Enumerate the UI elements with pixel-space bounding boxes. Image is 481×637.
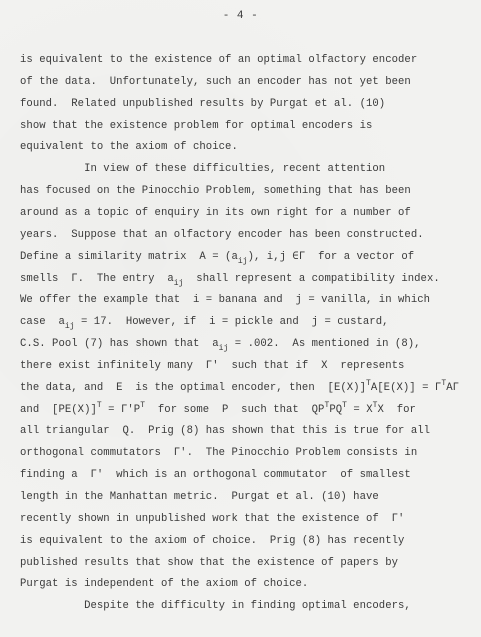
text-line: Despite the difficulty in finding optima… bbox=[20, 599, 411, 613]
text-line: around as a topic of enquiry in its own … bbox=[20, 206, 411, 220]
text-line: In view of these difficulties, recent at… bbox=[20, 162, 385, 176]
text-line: is equivalent to the existence of an opt… bbox=[20, 53, 417, 67]
text-line: there exist infinitely many Γ' such that… bbox=[20, 359, 404, 373]
text-line: published results that show that the exi… bbox=[20, 556, 398, 570]
document-page: - 4 - is equivalent to the existence of … bbox=[0, 0, 481, 637]
text-line: orthogonal commutators Γ'. The Pinocchio… bbox=[20, 446, 417, 460]
text-line: has focused on the Pinocchio Problem, so… bbox=[20, 184, 411, 198]
text-line: recently shown in unpublished work that … bbox=[20, 512, 404, 526]
page-number: - 4 - bbox=[0, 10, 481, 22]
text-line: years. Suppose that an olfactory encoder… bbox=[20, 228, 424, 242]
text-line: found. Related unpublished results by Pu… bbox=[20, 97, 385, 111]
text-line: case aij = 17. However, if i = pickle an… bbox=[20, 315, 389, 329]
text-line: finding a Γ' which is an orthogonal comm… bbox=[20, 468, 411, 482]
text-line: is equivalent to the axiom of choice. Pr… bbox=[20, 534, 404, 548]
text-line: smells Γ. The entry aij shall represent … bbox=[20, 272, 440, 286]
text-line: C.S. Pool (7) has shown that aij = .002.… bbox=[20, 337, 421, 351]
text-line: and [PE(X)]T = Γ'PT for some P such that… bbox=[20, 403, 416, 417]
text-line: Purgat is independent of the axiom of ch… bbox=[20, 577, 308, 591]
text-line: the data, and E is the optimal encoder, … bbox=[20, 381, 459, 395]
text-line: length in the Manhattan metric. Purgat e… bbox=[20, 490, 379, 504]
text-line: show that the existence problem for opti… bbox=[20, 119, 372, 133]
text-line: Define a similarity matrix A = (aij), i,… bbox=[20, 250, 414, 264]
text-line: of the data. Unfortunately, such an enco… bbox=[20, 75, 411, 89]
text-line: equivalent to the axiom of choice. bbox=[20, 140, 238, 154]
text-line: all triangular Q. Prig (8) has shown tha… bbox=[20, 424, 430, 438]
text-line: We offer the example that i = banana and… bbox=[20, 293, 430, 307]
